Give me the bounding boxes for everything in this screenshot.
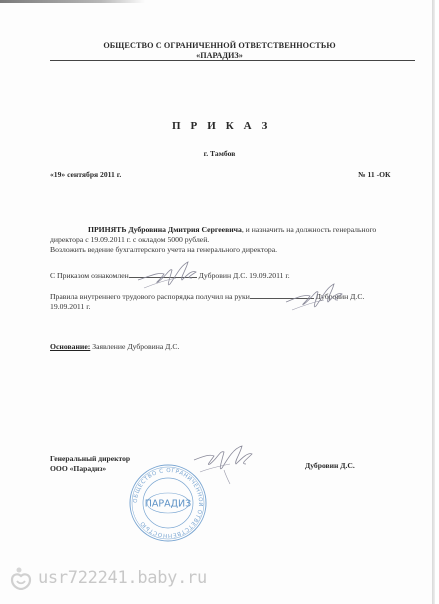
document-date: «19» сентября 2011 г.	[50, 170, 121, 179]
watermark-text: usr722241.baby.ru	[38, 568, 207, 588]
order-line1-rest: , и назначить на должность генерального	[242, 225, 376, 234]
order-person: Дубровина Дмитрия Сергеевича	[128, 225, 242, 234]
baby-logo-icon	[10, 566, 32, 590]
basis-label: Основание:	[50, 342, 90, 351]
stamp-center-text: ПАРАДИЗ	[145, 499, 192, 510]
page-edge-shadow	[432, 0, 435, 604]
order-verb: ПРИНЯТЬ	[88, 225, 126, 234]
order-paragraph-line3: Возложить ведение бухгалтерского учета н…	[50, 245, 277, 254]
organization-brand: «ПАРАДИЗ»	[0, 51, 439, 60]
basis-text: Заявление Дубровина Д.С.	[92, 342, 179, 351]
document-city: г. Тамбов	[0, 149, 439, 158]
document-title: П Р И К А З	[0, 120, 439, 132]
handwritten-signature-icon	[130, 258, 210, 294]
document-number: № 11 -ОК	[358, 170, 391, 179]
scan-edge-shadow	[0, 0, 145, 3]
order-paragraph-line1: ПРИНЯТЬ Дубровина Дмитрия Сергеевича, и …	[88, 225, 376, 234]
order-paragraph-line2: директора с 19.09.2011 г. с окладом 5000…	[50, 235, 209, 244]
watermark: usr722241.baby.ru	[10, 566, 207, 590]
signatory-name: Дубровин Д.С.	[305, 461, 355, 470]
ack1-prefix: С Приказом ознакомлен	[50, 271, 129, 280]
company-stamp-icon: ОБЩЕСТВО С ОГРАНИЧЕННОЙ ОТВЕТСТВЕННОСТЬЮ…	[128, 463, 208, 543]
handwritten-signature-icon	[280, 280, 352, 316]
organization-name: ОБЩЕСТВО С ОГРАНИЧЕННОЙ ОТВЕТСТВЕННОСТЬЮ	[0, 41, 439, 50]
acknowledgement-line3: 19.09.2011 г.	[50, 302, 90, 311]
signatory-company: ООО «Парадиз»	[50, 464, 106, 473]
basis-line: Основание: Заявление Дубровина Д.С.	[50, 342, 179, 351]
header-divider	[50, 60, 415, 61]
signatory-position: Генеральный директор	[50, 454, 130, 463]
ack1-suffix: Дубровин Д.С. 19.09.2011 г.	[199, 271, 290, 280]
